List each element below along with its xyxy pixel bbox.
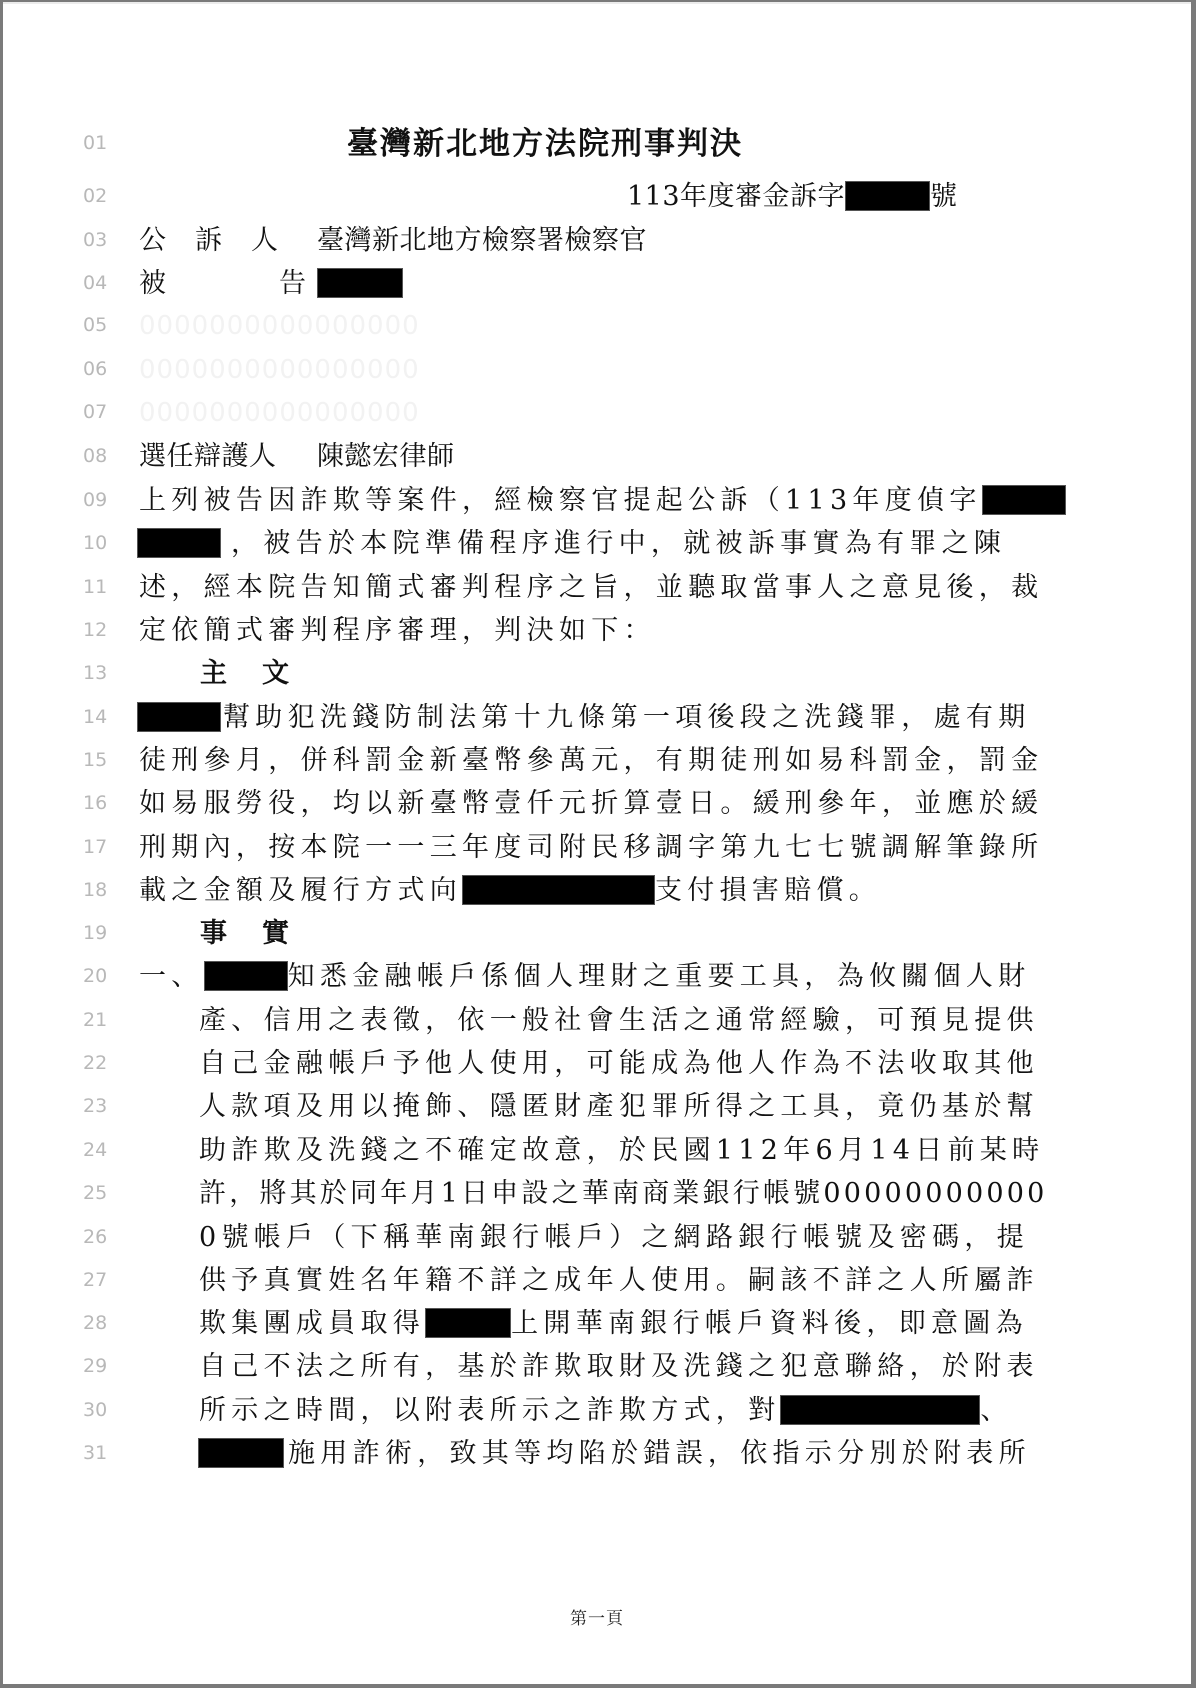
facts-text: 供予真實姓名年籍不詳之成年人使用。嗣該不詳之人所屬詐 [199,1263,1039,1299]
line-number: 31 [83,1442,123,1464]
intro-text: 定依簡式審判程序審理，判決如下： [139,613,656,649]
line-04: 04 被 告 [3,262,1191,306]
line-16: 16 如易服勞役，均以新臺幣壹仟元折算壹日。緩刑參年，並應於緩 [3,782,1191,826]
redaction-block [137,528,221,558]
line-number: 10 [83,532,123,554]
redaction-block [204,961,288,991]
case-number-prefix: 113年度審金訴字 [627,181,845,212]
text-run: 欺集團成員取得 [199,1308,425,1339]
line-29: 29 自己不法之所有，基於詐欺取財及洗錢之犯意聯絡，於附表 [3,1345,1191,1389]
line-number: 28 [83,1312,123,1334]
placeholder-line: 0000000000000000 [139,395,420,431]
line-15: 15 徒刑參月，併科罰金新臺幣參萬元，有期徒刑如易科罰金，罰金 [3,739,1191,783]
line-01: 01 臺灣新北地方法院刑事判決 [3,122,1191,166]
facts-text: 產、信用之表徵，依一般社會生活之通常經驗，可預見提供 [199,1003,1039,1039]
text-run: 施用詐術，致其等均陷於錯誤，依指示分別於附表所 [288,1438,1031,1469]
line-number: 20 [83,965,123,987]
facts-text: 欺集團成員取得上開華南銀行帳戶資料後，即意圖為 [199,1306,1028,1342]
prosecutor-label: 公 訴 人 [139,223,279,259]
redaction-block [845,181,930,211]
line-02: 02 113年度審金訴字號 [3,175,1191,219]
line-13: 13 主 文 [3,652,1191,696]
case-number: 113年度審金訴字號 [627,179,958,215]
text-run: 支付損害賠償。 [655,875,881,906]
facts-text: 自己不法之所有，基於詐欺取財及洗錢之犯意聯絡，於附表 [199,1349,1039,1385]
line-21: 21 產、信用之表徵，依一般社會生活之通常經驗，可預見提供 [3,999,1191,1043]
redaction-block [425,1308,511,1338]
line-30: 30 所示之時間，以附表所示之詐欺方式，對、 [3,1389,1191,1433]
facts-text: 自己金融帳戶予他人使用，可能成為他人作為不法收取其他 [199,1046,1039,1082]
line-number: 12 [83,619,123,641]
line-number: 16 [83,792,123,814]
line-06: 06 0000000000000000 [3,348,1191,392]
line-22: 22 自己金融帳戶予他人使用，可能成為他人作為不法收取其他 [3,1042,1191,1086]
line-number: 11 [83,576,123,598]
defendant-name [317,266,403,302]
defendant-label: 被 告 [139,266,314,302]
text-run: 幫助犯洗錢防制法第十九條第一項後段之洗錢罪，處有期 [223,702,1031,733]
page-footer: 第一頁 [3,1604,1191,1629]
redaction-block [317,268,403,298]
line-09: 09 上列被告因詐欺等案件，經檢察官提起公訴（113年度偵字 [3,479,1191,523]
facts-text: 人款項及用以掩飾、隱匿財產犯罪所得之工具，竟仍基於幫 [199,1089,1039,1125]
line-number: 13 [83,662,123,684]
defense-value: 陳懿宏律師 [317,439,455,475]
facts-text: 助詐欺及洗錢之不確定故意，於民國112年6月14日前某時 [199,1133,1044,1169]
document-page: 01 臺灣新北地方法院刑事判決 02 113年度審金訴字號 03 公 訴 人 臺… [3,2,1191,1684]
line-31: 31 施用詐術，致其等均陷於錯誤，依指示分別於附表所 [3,1432,1191,1476]
line-number: 15 [83,749,123,771]
line-number: 08 [83,445,123,467]
line-number: 18 [83,879,123,901]
line-number: 05 [83,314,123,336]
redaction-block [198,1438,284,1468]
line-number: 22 [83,1052,123,1074]
line-number: 14 [83,706,123,728]
text-run: 所示之時間，以附表所示之詐欺方式，對 [199,1395,780,1426]
line-number: 17 [83,836,123,858]
document-title: 臺灣新北地方法院刑事判決 [347,126,743,162]
line-number: 06 [83,358,123,380]
facts-text: 一、知悉金融帳戶係個人理財之重要工具，為攸關個人財 [139,959,1031,995]
main-text: 載之金額及履行方式向支付損害賠償。 [139,873,881,909]
line-19: 19 事 實 [3,912,1191,956]
intro-text: 述，經本院告知簡式審判程序之旨，並聽取當事人之意見後，裁 [139,570,1043,606]
text-run: 知悉金融帳戶係個人理財之重要工具，為攸關個人財 [288,961,1031,992]
line-07: 07 0000000000000000 [3,391,1191,435]
line-17: 17 刑期內，按本院一一三年度司附民移調字第九七七號調解筆錄所 [3,826,1191,870]
line-number: 19 [83,922,123,944]
placeholder-line: 0000000000000000 [139,352,420,388]
line-number: 07 [83,401,123,423]
line-number: 25 [83,1182,123,1204]
line-number: 26 [83,1226,123,1248]
line-number: 01 [83,132,123,154]
line-number: 29 [83,1355,123,1377]
line-number: 04 [83,272,123,294]
main-text: 如易服勞役，均以新臺幣壹仟元折算壹日。緩刑參年，並應於緩 [139,786,1043,822]
line-10: 10 ，被告於本院準備程序進行中，就被訴事實為有罪之陳 [3,522,1191,566]
line-number: 21 [83,1009,123,1031]
placeholder-line: 0000000000000000 [139,308,420,344]
line-number: 27 [83,1269,123,1291]
line-11: 11 述，經本院告知簡式審判程序之旨，並聽取當事人之意見後，裁 [3,566,1191,610]
case-number-suffix: 號 [930,181,958,212]
text-run: 、 [980,1395,1012,1426]
prosecutor-value: 臺灣新北地方檢察署檢察官 [317,223,647,259]
line-08: 08 選任辯護人 陳懿宏律師 [3,435,1191,479]
line-25: 25 許，將其於同年月1日申設之華南商業銀行帳號00000000000 [3,1172,1191,1216]
line-20: 20 一、知悉金融帳戶係個人理財之重要工具，為攸關個人財 [3,955,1191,999]
line-23: 23 人款項及用以掩飾、隱匿財產犯罪所得之工具，竟仍基於幫 [3,1085,1191,1129]
facts-text: 施用詐術，致其等均陷於錯誤，依指示分別於附表所 [198,1436,1031,1472]
line-03: 03 公 訴 人 臺灣新北地方檢察署檢察官 [3,219,1191,263]
line-number: 03 [83,229,123,251]
redaction-block [137,702,221,732]
facts-text: 許，將其於同年月1日申設之華南商業銀行帳號00000000000 [199,1176,1048,1212]
line-14: 14 幫助犯洗錢防制法第十九條第一項後段之洗錢罪，處有期 [3,696,1191,740]
intro-text: ，被告於本院準備程序進行中，就被訴事實為有罪之陳 [137,526,1006,562]
line-12: 12 定依簡式審判程序審理，判決如下： [3,609,1191,653]
text-run: 上開華南銀行帳戶資料後，即意圖為 [511,1308,1028,1339]
line-26: 26 0號帳戶（下稱華南銀行帳戶）之網路銀行帳號及密碼，提 [3,1216,1191,1260]
redaction-block [982,485,1066,515]
line-number: 30 [83,1399,123,1421]
line-18: 18 載之金額及履行方式向支付損害賠償。 [3,869,1191,913]
redaction-block [780,1395,980,1425]
line-number: 09 [83,489,123,511]
line-05: 05 0000000000000000 [3,304,1191,348]
facts-heading: 事 實 [200,916,293,952]
text-run: 載之金額及履行方式向 [139,875,462,906]
line-number: 24 [83,1139,123,1161]
intro-text: 上列被告因詐欺等案件，經檢察官提起公訴（113年度偵字 [139,483,1066,519]
line-24: 24 助詐欺及洗錢之不確定故意，於民國112年6月14日前某時 [3,1129,1191,1173]
list-marker: 一、 [139,961,204,992]
main-heading: 主 文 [200,656,293,692]
line-28: 28 欺集團成員取得上開華南銀行帳戶資料後，即意圖為 [3,1302,1191,1346]
facts-text: 所示之時間，以附表所示之詐欺方式，對、 [199,1393,1013,1429]
main-text: 幫助犯洗錢防制法第十九條第一項後段之洗錢罪，處有期 [137,700,1031,736]
line-number: 02 [83,185,123,207]
line-27: 27 供予真實姓名年籍不詳之成年人使用。嗣該不詳之人所屬詐 [3,1259,1191,1303]
main-text: 徒刑參月，併科罰金新臺幣參萬元，有期徒刑如易科罰金，罰金 [139,743,1043,779]
text-run: ，被告於本院準備程序進行中，就被訴事實為有罪之陳 [231,528,1006,559]
line-number: 23 [83,1095,123,1117]
main-text: 刑期內，按本院一一三年度司附民移調字第九七七號調解筆錄所 [139,830,1043,866]
facts-text: 0號帳戶（下稱華南銀行帳戶）之網路銀行帳號及密碼，提 [199,1220,1029,1256]
redaction-block [462,875,655,905]
defense-label: 選任辯護人 [139,439,277,475]
text-run: 上列被告因詐欺等案件，經檢察官提起公訴（113年度偵字 [139,485,982,516]
